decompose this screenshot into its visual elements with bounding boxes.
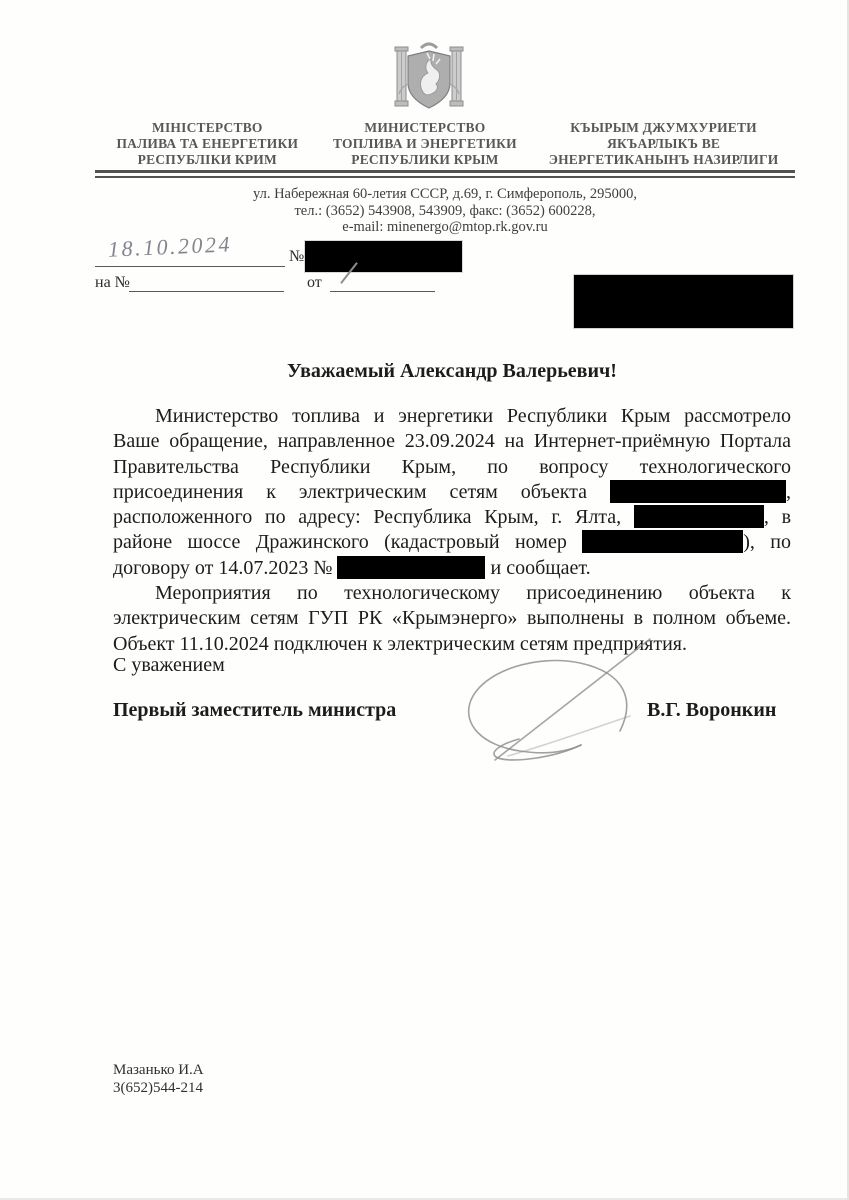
ministry-line: РЕСПУБЛИКИ КРЫМ (320, 152, 531, 168)
body-line: электрическим сетям ГУП РК «Крымэнерго» … (113, 606, 791, 631)
letterhead-divider (95, 170, 795, 178)
body-line: присоединения к электрическим сетям объе… (113, 480, 791, 505)
body-line: районе шоссе Дражинского (кадастровый но… (113, 530, 791, 555)
body-line: Министерство топлива и энергетики Респуб… (113, 404, 791, 429)
ministry-name-ukrainian: МІНІСТЕРСТВО ПАЛИВА ТА ЕНЕРГЕТИКИ РЕСПУБ… (95, 120, 320, 168)
from-date-underline (330, 291, 435, 292)
body-line: Мероприятия по технологическому присоеди… (113, 581, 791, 606)
executor-name: Мазанько И.А (113, 1061, 204, 1079)
from-label: от (307, 274, 322, 292)
number-label: № (289, 248, 304, 266)
body-line: Ваше обращение, направленное 23.09.2024 … (113, 429, 791, 454)
salutation: Уважаемый Александр Валерьевич! (113, 360, 791, 383)
redaction-contract-number (337, 556, 485, 579)
ministry-line: ПАЛИВА ТА ЕНЕРГЕТИКИ (95, 136, 320, 152)
redaction-street-address (634, 505, 764, 528)
letterhead-ministries: МІНІСТЕРСТВО ПАЛИВА ТА ЕНЕРГЕТИКИ РЕСПУБ… (95, 120, 797, 168)
closing-phrase: С уважением (113, 654, 225, 677)
letter-body: Министерство топлива и энергетики Респуб… (113, 404, 791, 657)
scanned-letter-page: МІНІСТЕРСТВО ПАЛИВА ТА ЕНЕРГЕТИКИ РЕСПУБ… (0, 0, 849, 1200)
redaction-addressee (574, 275, 793, 328)
redaction-cadastral-number (582, 530, 743, 553)
ministry-line: ЯКЪАРЛЫКЪ ВЕ (530, 136, 797, 152)
ministry-line: КЪЫРЫМ ДЖУМХУРИЕТИ (530, 120, 797, 136)
body-line: расположенного по адресу: Республика Кры… (113, 505, 791, 530)
redaction-object-name (610, 480, 786, 503)
signer-title: Первый заместитель министра (113, 699, 396, 722)
body-line: Правительства Республики Крым, по вопрос… (113, 455, 791, 480)
ministry-name-russian: МИНИСТЕРСТВО ТОПЛИВА И ЭНЕРГЕТИКИ РЕСПУБ… (320, 120, 531, 168)
ministry-name-crimean-tatar: КЪЫРЫМ ДЖУМХУРИЕТИ ЯКЪАРЛЫКЪ ВЕ ЭНЕРГЕТИ… (530, 120, 797, 168)
executor-block: Мазанько И.А 3(652)544-214 (113, 1061, 204, 1097)
executor-phone: 3(652)544-214 (113, 1079, 204, 1097)
ministry-line: МІНІСТЕРСТВО (95, 120, 320, 136)
ministry-line: ТОПЛИВА И ЭНЕРГЕТИКИ (320, 136, 531, 152)
date-underline (95, 266, 285, 267)
phone-fax-line: тел.: (3652) 543908, 543909, факс: (3652… (95, 203, 795, 220)
ministry-line: РЕСПУБЛІКИ КРИМ (95, 152, 320, 168)
postal-address: ул. Набережная 60-летия СССР, д.69, г. С… (95, 186, 795, 203)
handwritten-date: 18.10.2024 (107, 231, 232, 262)
body-line: договору от 14.07.2023 № и сообщает. (113, 556, 791, 581)
redaction-outgoing-number (305, 241, 462, 272)
signer-name: В.Г. Воронкин (647, 699, 776, 722)
contact-block: ул. Набережная 60-летия СССР, д.69, г. С… (95, 186, 795, 236)
ministry-line: МИНИСТЕРСТВО (320, 120, 531, 136)
reply-number-underline (129, 291, 284, 292)
ministry-line: ЭНЕРГЕТИКАНЫНЪ НАЗИРЛИГИ (530, 152, 797, 168)
reply-to-label: на № (95, 274, 130, 292)
crimea-coat-of-arms-icon (393, 40, 465, 118)
